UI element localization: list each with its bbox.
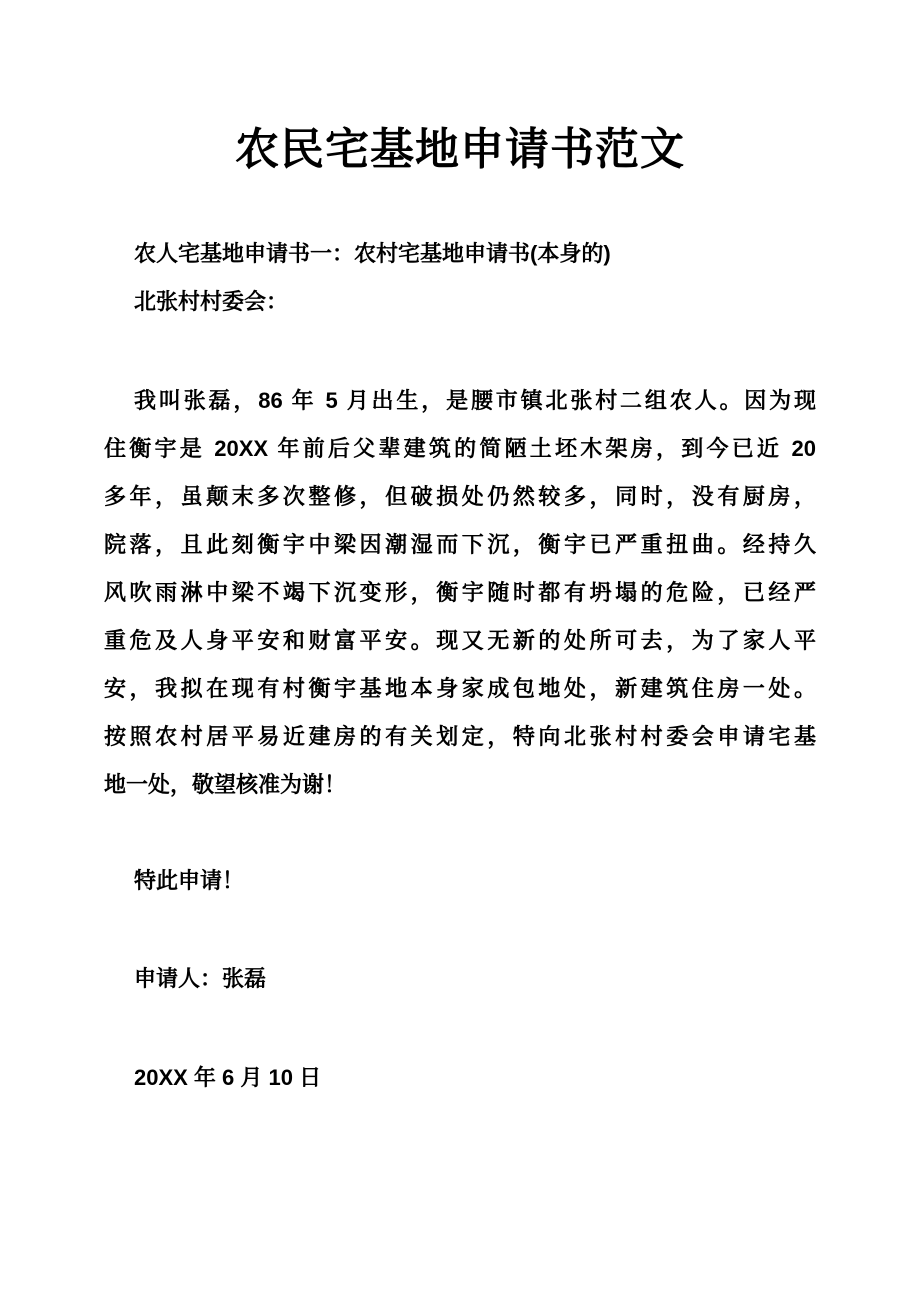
signature-line: 申请人：张磊: [104, 955, 816, 1003]
body-line: 住衡宇是 20XX 年前后父辈建筑的简陋土坯木架房，到今已近 20: [104, 425, 816, 473]
document-subtitle: 农人宅基地申请书一：农村宅基地申请书(本身的): [104, 230, 816, 278]
date-line: 20XX 年 6 月 10 日: [104, 1054, 816, 1102]
document-title: 农民宅基地申请书范文: [104, 124, 816, 176]
body-paragraph: 我叫张磊，86 年 5 月出生，是腰市镇北张村二组农人。因为现 住衡宇是 20X…: [104, 377, 816, 809]
body-line: 重危及人身平安和财富平安。现又无新的处所可去，为了家人平: [104, 617, 816, 665]
body-line: 风吹雨淋中梁不竭下沉变形，衡宇随时都有坍塌的危险，已经严: [104, 569, 816, 617]
document-page: 农民宅基地申请书范文 农人宅基地申请书一：农村宅基地申请书(本身的) 北张村村委…: [0, 0, 920, 1302]
body-line: 多年，虽颠末多次整修，但破损处仍然较多，同时，没有厨房，: [104, 473, 816, 521]
body-line: 我叫张磊，86 年 5 月出生，是腰市镇北张村二组农人。因为现: [104, 377, 816, 425]
body-line: 安，我拟在现有村衡宇基地本身家成包地处，新建筑住房一处。: [104, 665, 816, 713]
body-line: 按照农村居平易近建房的有关划定，特向北张村村委会申请宅基: [104, 713, 816, 761]
salutation-line: 北张村村委会：: [104, 278, 816, 326]
body-line: 院落，且此刻衡宇中梁因潮湿而下沉，衡宇已严重扭曲。经持久: [104, 521, 816, 569]
body-line: 地一处，敬望核准为谢！: [104, 761, 816, 809]
closing-line: 特此申请！: [104, 857, 816, 905]
